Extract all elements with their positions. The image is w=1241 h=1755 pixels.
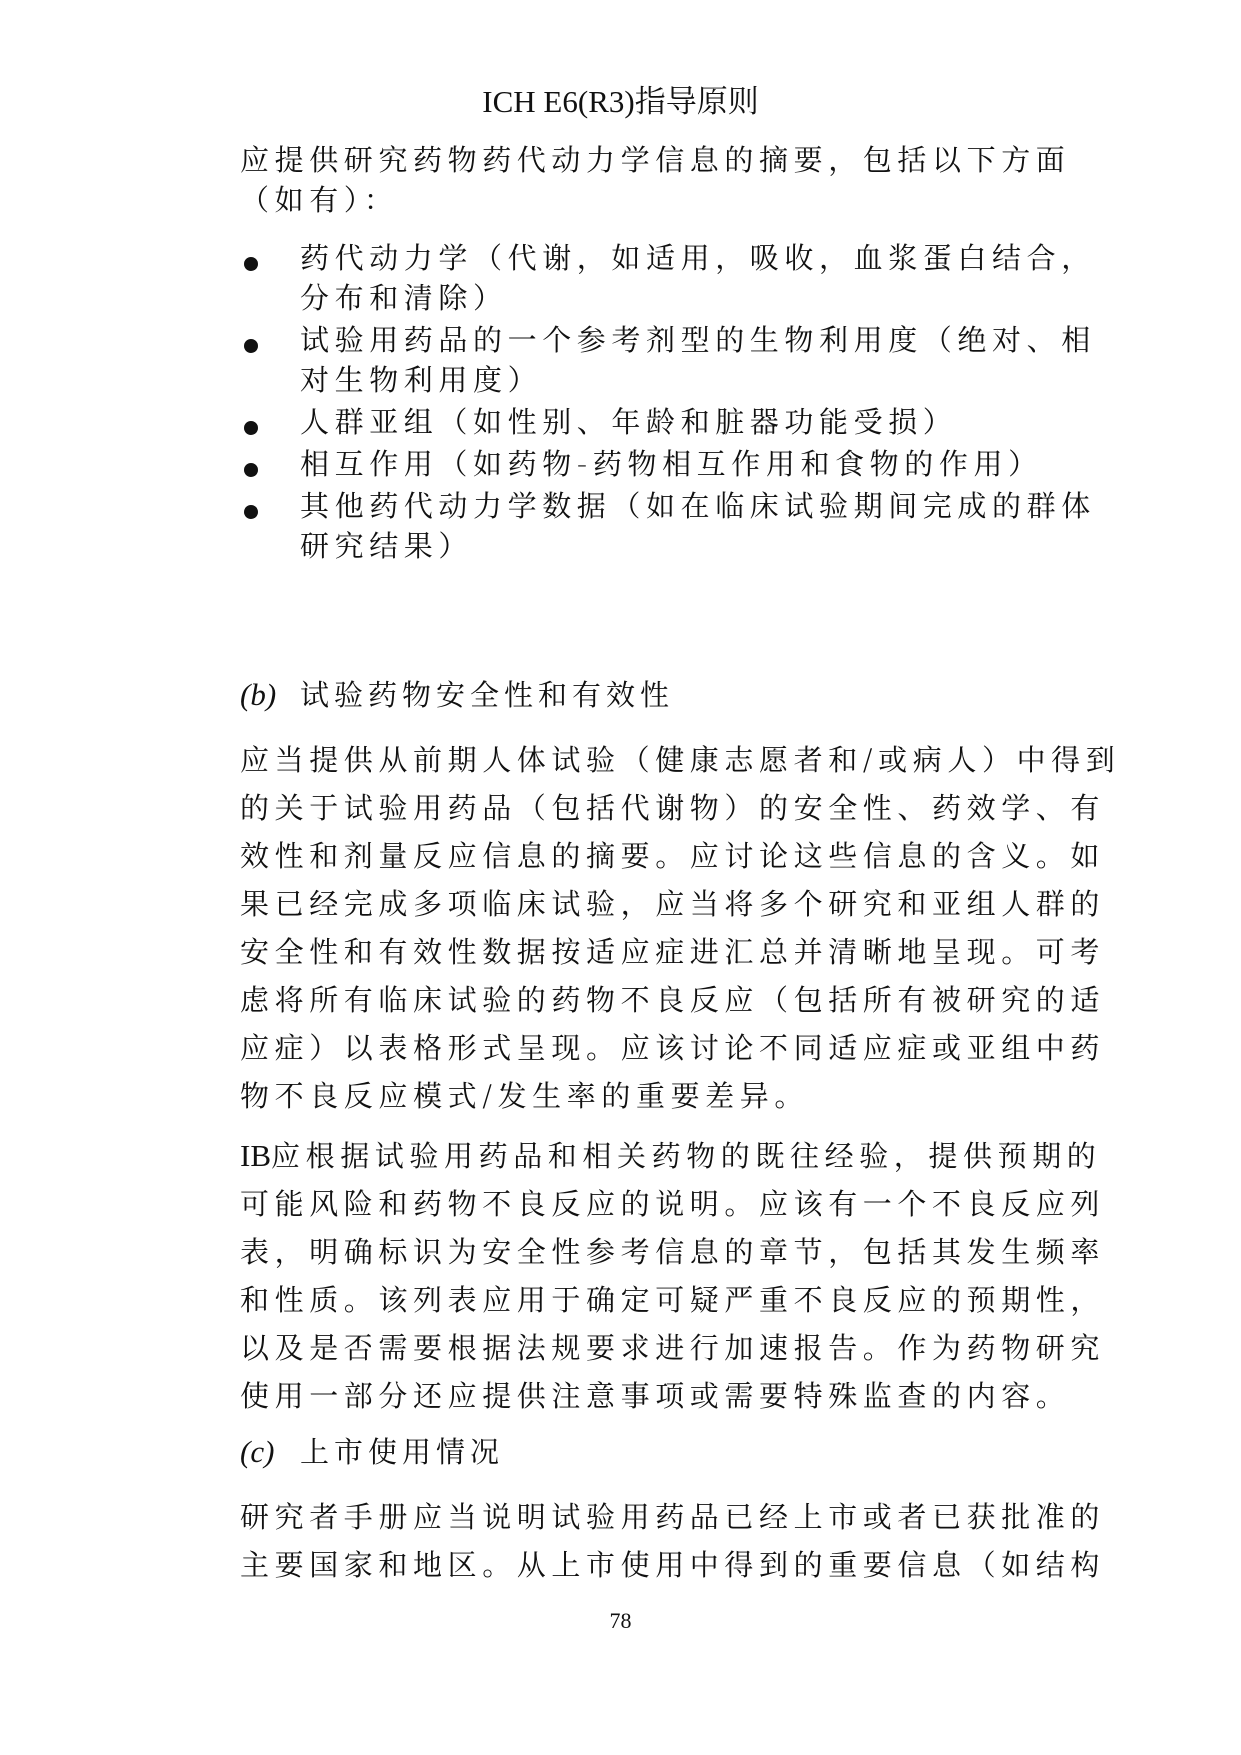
paragraph-line: 应症）以表格形式呈现。应该讨论不同适应症或亚组中药 — [240, 1028, 1090, 1068]
paragraph-line: 使用一部分还应提供注意事项或需要特殊监查的内容。 — [240, 1376, 1090, 1416]
section-c-letter: (c) — [240, 1432, 274, 1472]
paragraph-text: 应根据试验用药品和相关药物的既往经验，提供预期的 — [271, 1139, 1101, 1173]
bullet-item-line: 相互作用（如药物-药物相互作用和食物的作用） — [300, 444, 1090, 484]
section-c-title: 上市使用情况 — [300, 1432, 504, 1472]
paragraph-line: 虑将所有临床试验的药物不良反应（包括所有被研究的适 — [240, 980, 1090, 1020]
paragraph-line: 的关于试验用药品（包括代谢物）的安全性、药效学、有 — [240, 788, 1090, 828]
paragraph-line: 表，明确标识为安全性参考信息的章节，包括其发生频率 — [240, 1232, 1090, 1272]
paragraph-line: IB应根据试验用药品和相关药物的既往经验，提供预期的 — [240, 1136, 1090, 1176]
bullet-item-line: 药代动力学（代谢，如适用，吸收，血浆蛋白结合， — [300, 238, 1090, 278]
bullet-item-line: 分布和清除） — [300, 278, 1090, 318]
bullet-icon — [244, 257, 258, 271]
bullet-item-line: 其他药代动力学数据（如在临床试验期间完成的群体 — [300, 486, 1090, 526]
section-b-title: 试验药物安全性和有效性 — [300, 675, 674, 715]
bullet-item-line: 对生物利用度） — [300, 360, 1090, 400]
intro-line: （如有）： — [240, 180, 1090, 220]
bullet-item-line: 试验用药品的一个参考剂型的生物利用度（绝对、相 — [300, 320, 1090, 360]
ib-abbreviation: IB — [240, 1138, 271, 1173]
bullet-icon — [244, 421, 258, 435]
document-page: ICH E6(R3)指导原则 应提供研究药物药代动力学信息的摘要，包括以下方面 … — [0, 0, 1241, 1755]
bullet-item-line: 人群亚组（如性别、年龄和脏器功能受损） — [300, 402, 1090, 442]
bullet-item-line: 研究结果） — [300, 526, 1090, 566]
page-header: ICH E6(R3)指导原则 — [0, 82, 1241, 122]
paragraph-line: 以及是否需要根据法规要求进行加速报告。作为药物研究 — [240, 1328, 1090, 1368]
bullet-icon — [244, 339, 258, 353]
paragraph-line: 物不良反应模式/发生率的重要差异。 — [240, 1076, 1090, 1116]
paragraph-line: 效性和剂量反应信息的摘要。应讨论这些信息的含义。如 — [240, 836, 1090, 876]
paragraph-line: 主要国家和地区。从上市使用中得到的重要信息（如结构 — [240, 1545, 1090, 1585]
paragraph-line: 果已经完成多项临床试验，应当将多个研究和亚组人群的 — [240, 884, 1090, 924]
paragraph-line: 可能风险和药物不良反应的说明。应该有一个不良反应列 — [240, 1184, 1090, 1224]
paragraph-line: 应当提供从前期人体试验（健康志愿者和/或病人）中得到 — [240, 740, 1090, 780]
bullet-icon — [244, 463, 258, 477]
paragraph-line: 研究者手册应当说明试验用药品已经上市或者已获批准的 — [240, 1497, 1090, 1537]
section-b-letter: (b) — [240, 675, 276, 715]
intro-line: 应提供研究药物药代动力学信息的摘要，包括以下方面 — [240, 140, 1090, 180]
bullet-icon — [244, 505, 258, 519]
paragraph-line: 和性质。该列表应用于确定可疑严重不良反应的预期性， — [240, 1280, 1090, 1320]
page-number: 78 — [0, 1607, 1241, 1635]
paragraph-line: 安全性和有效性数据按适应症进汇总并清晰地呈现。可考 — [240, 932, 1090, 972]
